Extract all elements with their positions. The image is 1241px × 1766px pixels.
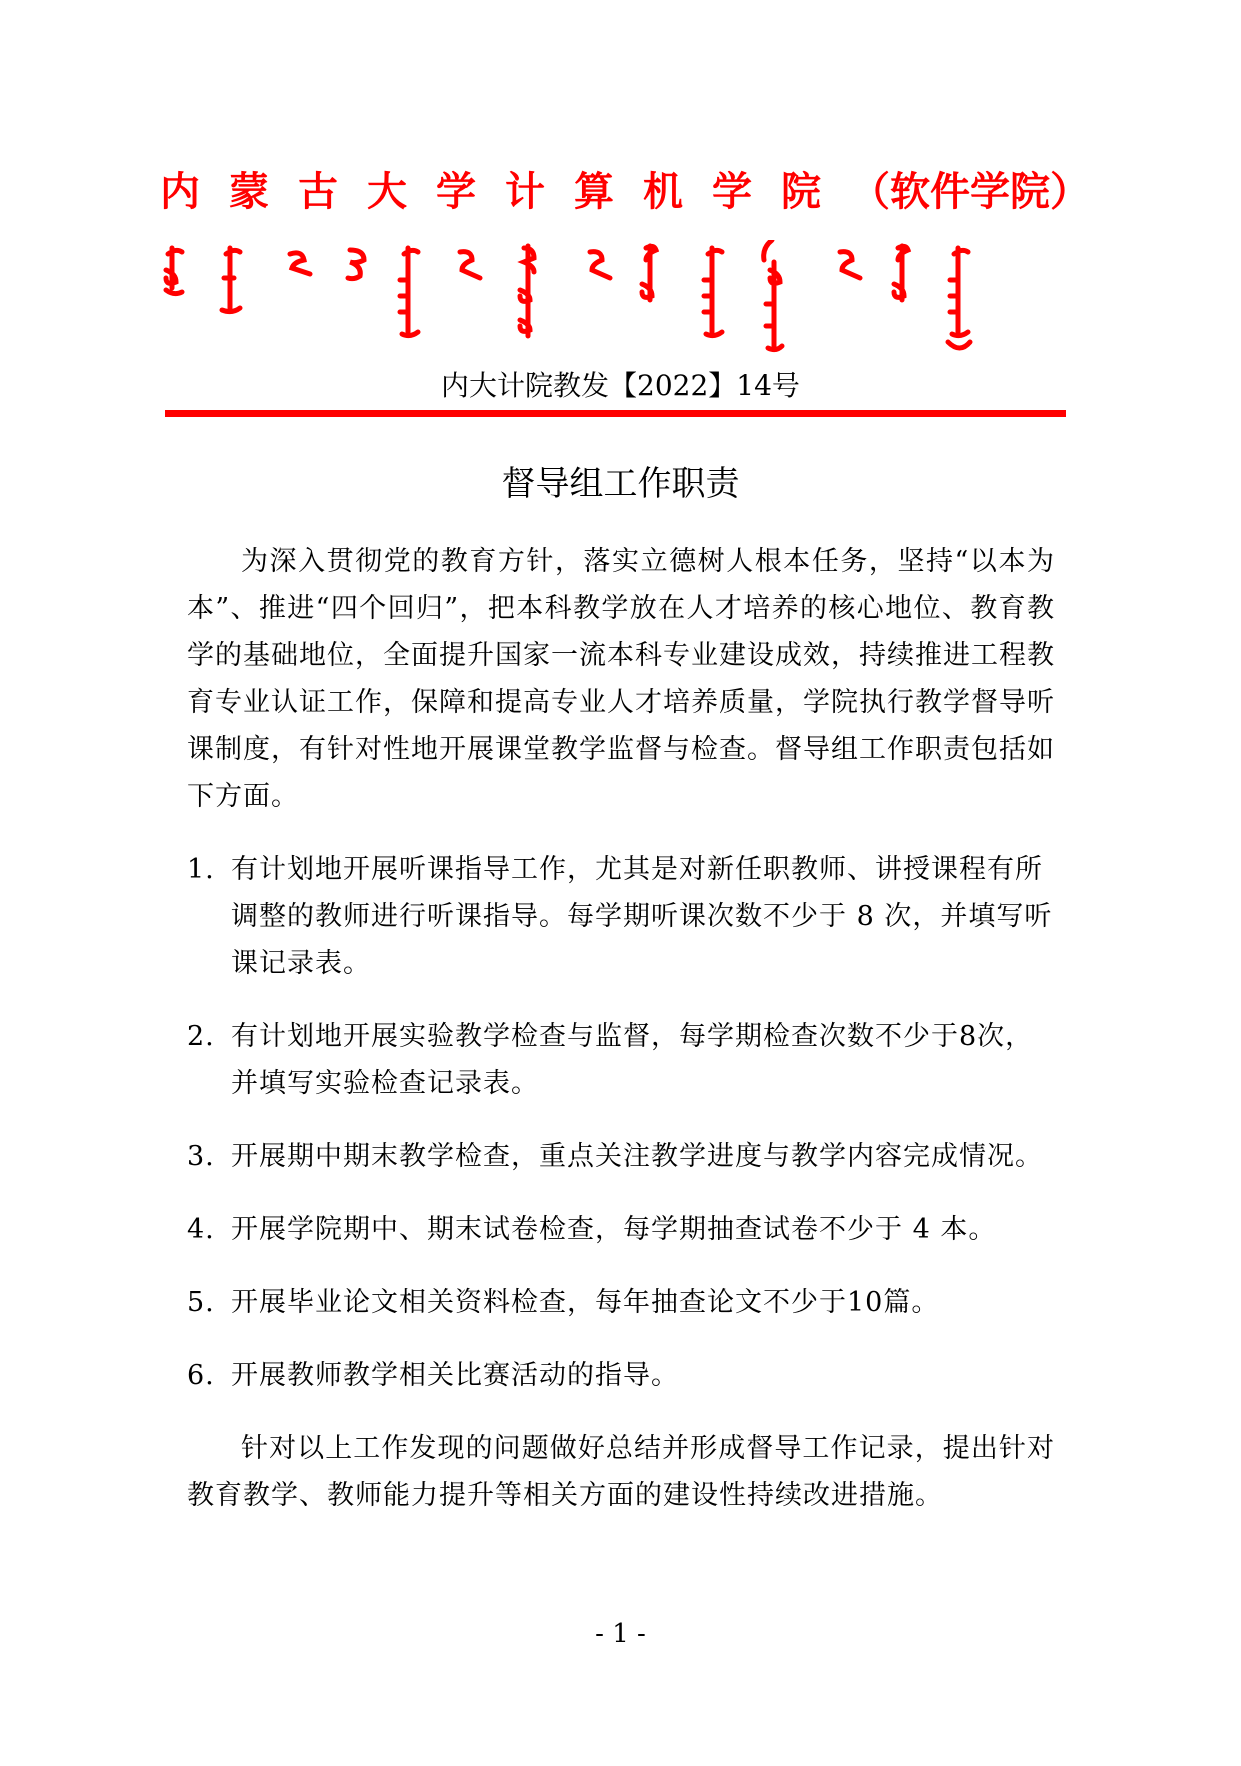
duty-number: 1. xyxy=(187,846,215,893)
document-title: 督导组工作职责 xyxy=(0,462,1241,506)
duty-number: 4. xyxy=(187,1206,215,1253)
masthead-char: 算 xyxy=(574,168,614,216)
masthead-char: 内 xyxy=(160,168,200,216)
closing-paragraph: 针对以上工作发现的问题做好总结并形成督导工作记录，提出针对教育教学、教师能力提升… xyxy=(187,1425,1055,1519)
duty-number: 6. xyxy=(187,1352,215,1399)
masthead-char: 机 xyxy=(643,168,683,216)
duty-number: 2. xyxy=(187,1013,215,1060)
masthead-char: 学 xyxy=(712,168,752,216)
masthead-char: 院 xyxy=(781,168,821,216)
duty-text: 开展期中期末教学检查，重点关注教学进度与教学内容完成情况。 xyxy=(231,1141,1043,1172)
duty-text: 开展毕业论文相关资料检查，每年抽查论文不少于10篇。 xyxy=(231,1287,939,1318)
duty-item: 1. 有计划地开展听课指导工作，尤其是对新任职教师、讲授课程有所调整的教师进行听… xyxy=(187,846,1055,987)
masthead-mongolian-script xyxy=(160,240,1090,355)
duty-text: 有计划地开展听课指导工作，尤其是对新任职教师、讲授课程有所调整的教师进行听课指导… xyxy=(231,854,1052,979)
masthead-chinese: 内 蒙 古 大 学 计 算 机 学 院 （软件学院） xyxy=(160,168,1090,216)
duty-item: 6. 开展教师教学相关比赛活动的指导。 xyxy=(187,1352,1055,1399)
masthead-char: 蒙 xyxy=(229,168,269,216)
duty-number: 5. xyxy=(187,1279,215,1326)
masthead-char: 学 xyxy=(436,168,476,216)
red-divider-rule xyxy=(165,410,1066,417)
masthead-char: 计 xyxy=(505,168,545,216)
duty-text: 开展教师教学相关比赛活动的指导。 xyxy=(231,1360,679,1391)
document-body: 为深入贯彻党的教育方针，落实立德树人根本任务，坚持“以本为本”、推进“四个回归”… xyxy=(187,538,1055,1519)
duty-text: 有计划地开展实验教学检查与监督，每学期检查次数不少于8次，并填写实验检查记录表。 xyxy=(231,1021,1033,1099)
duty-number: 3. xyxy=(187,1133,215,1180)
document-number: 内大计院教发【2022】14号 xyxy=(0,368,1241,404)
masthead-software-college: （软件学院） xyxy=(850,168,1090,216)
page-number: - 1 - xyxy=(0,1618,1241,1650)
masthead-char: 大 xyxy=(367,168,407,216)
duties-list: 1. 有计划地开展听课指导工作，尤其是对新任职教师、讲授课程有所调整的教师进行听… xyxy=(187,846,1055,1399)
duty-item: 2. 有计划地开展实验教学检查与监督，每学期检查次数不少于8次，并填写实验检查记… xyxy=(187,1013,1055,1107)
document-page: 内 蒙 古 大 学 计 算 机 学 院 （软件学院） xyxy=(0,0,1241,1766)
duty-text: 开展学院期中、期末试卷检查，每学期抽查试卷不少于 4 本。 xyxy=(231,1214,996,1245)
masthead-char: 古 xyxy=(298,168,338,216)
duty-item: 5. 开展毕业论文相关资料检查，每年抽查论文不少于10篇。 xyxy=(187,1279,1055,1326)
duty-item: 3. 开展期中期末教学检查，重点关注教学进度与教学内容完成情况。 xyxy=(187,1133,1055,1180)
intro-paragraph: 为深入贯彻党的教育方针，落实立德树人根本任务，坚持“以本为本”、推进“四个回归”… xyxy=(187,538,1055,820)
duty-item: 4. 开展学院期中、期末试卷检查，每学期抽查试卷不少于 4 本。 xyxy=(187,1206,1055,1253)
